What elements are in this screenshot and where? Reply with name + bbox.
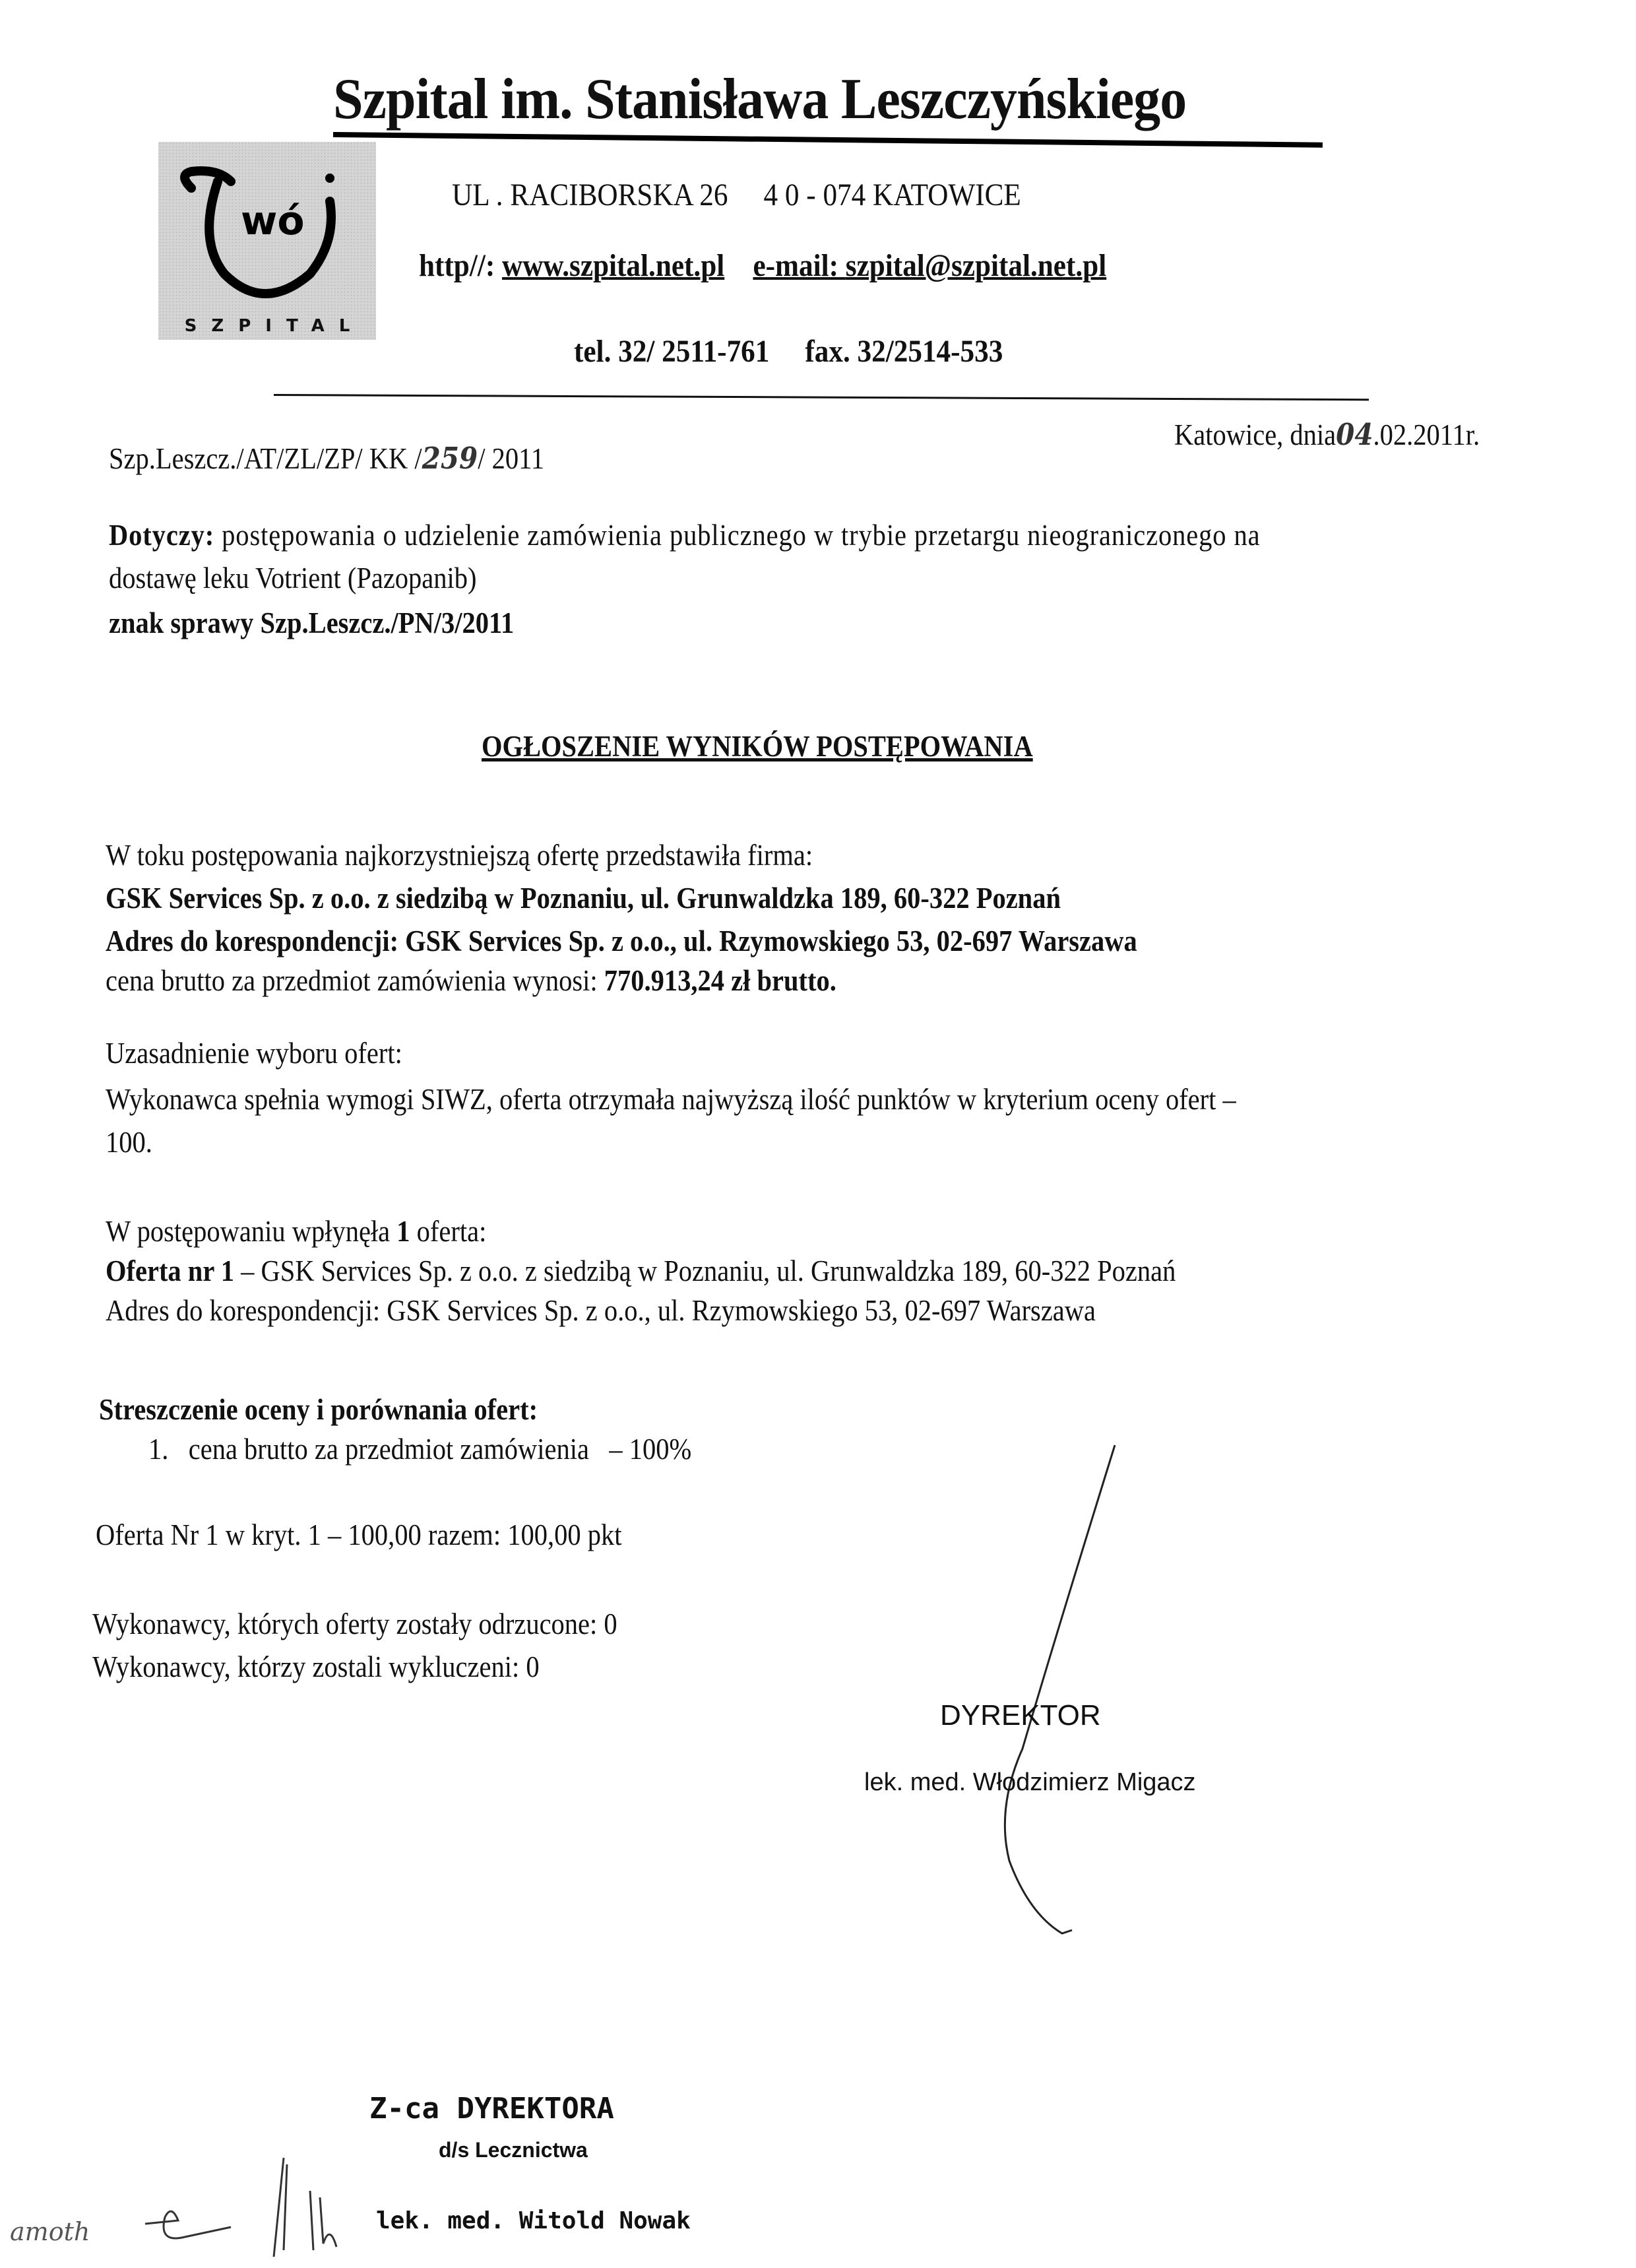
offers-intro-prefix: W postępowaniu wpłynęła (106, 1215, 390, 1248)
date-handwritten-day: 04 (1336, 417, 1373, 452)
hospital-name: Szpital im. Stanisława Leszczyńskiego (333, 66, 1186, 133)
deputy-name: lek. med. Witold Nowak (376, 2207, 691, 2234)
subject-text: postępowania o udzielenie zamówienia pub… (222, 519, 1260, 552)
deputy-department: d/s Lecznictwa (439, 2138, 588, 2162)
director-signature-icon (924, 1439, 1141, 1953)
case-number: znak sprawy Szp.Leszcz./PN/3/2011 (109, 606, 514, 640)
criterion-name: cena brutto za przedmiot zamówienia (189, 1433, 589, 1466)
offer-label: Oferta nr 1 (106, 1254, 234, 1287)
address-line: UL . RACIBORSKA 26 4 0 - 074 KATOWICE (452, 177, 1021, 213)
email-label: e-mail: (753, 248, 838, 283)
header-divider (274, 394, 1369, 401)
criterion-1: 1. cena brutto za przedmiot zamówienia –… (148, 1432, 691, 1466)
telephone: tel. 32/ 2511-761 (574, 334, 769, 369)
web-prefix: http//: (419, 248, 495, 283)
date-prefix: Katowice, dnia (1174, 418, 1336, 451)
criterion-number: 1. (148, 1433, 168, 1466)
postal-city: 4 0 - 074 KATOWICE (763, 178, 1021, 212)
svg-text:wó: wó (241, 198, 305, 244)
website-link[interactable]: www.szpital.net.pl (502, 248, 724, 283)
offers-intro-suffix: oferta: (417, 1215, 487, 1248)
subject-line-2: dostawę leku Votrient (Pazopanib) (109, 561, 477, 595)
title-underline (333, 132, 1323, 148)
justification-line-1: Wykonawca spełnia wymogi SIWZ, oferta ot… (106, 1082, 1236, 1117)
offers-count: 1 (396, 1215, 410, 1248)
contact-phones: tel. 32/ 2511-761 fax. 32/2514-533 (574, 333, 1003, 370)
offers-intro: W postępowaniu wpłynęła 1 oferta: (106, 1214, 486, 1248)
reference-number: Szp.Leszcz./AT/ZL/ZP/ KK /259/ 2011 (109, 441, 544, 476)
announcement-title: OGŁOSZENIE WYNIKÓW POSTĘPOWANIA (482, 729, 1033, 763)
contact-web-email: http//: www.szpital.net.pl e-mail: szpit… (419, 247, 1106, 284)
excluded-count: Wykonawcy, którzy zostali wykluczeni: 0 (92, 1650, 540, 1684)
evaluation-heading: Streszczenie oceny i porównania ofert: (99, 1392, 538, 1427)
deputy-title: Z-ca DYREKTORA (369, 2092, 614, 2125)
hospital-logo: wó SZPITAL (158, 142, 376, 340)
score-line: Oferta Nr 1 w kryt. 1 – 100,00 razem: 10… (96, 1518, 621, 1552)
director-title: DYREKTOR (940, 1699, 1101, 1732)
fax: fax. 32/2514-533 (805, 334, 1003, 369)
smile-logo-icon: wó (172, 162, 363, 313)
offer-1: Oferta nr 1 – GSK Services Sp. z o.o. z … (106, 1254, 1176, 1288)
logo-text: SZPITAL (158, 316, 376, 336)
email-link[interactable]: szpital@szpital.net.pl (846, 248, 1106, 283)
street-address: UL . RACIBORSKA 26 (452, 178, 728, 212)
handwritten-note: amoth (10, 2217, 90, 2246)
subject-line-1: Dotyczy: postępowania o udzielenie zamów… (109, 518, 1261, 552)
offer-text: – GSK Services Sp. z o.o. z siedzibą w P… (241, 1254, 1176, 1287)
deputy-signature-icon (59, 2145, 389, 2268)
justification-line-2: 100. (106, 1125, 152, 1159)
offer-1-correspondence: Adres do korespondencji: GSK Services Sp… (106, 1293, 1096, 1328)
winner-intro: W toku postępowania najkorzystniejszą of… (106, 838, 813, 872)
reference-prefix: Szp.Leszcz./AT/ZL/ZP/ KK / (109, 442, 422, 475)
price-value: 770.913,24 zł brutto. (604, 964, 836, 997)
subject-label: Dotyczy: (109, 519, 214, 552)
reference-suffix: / 2011 (478, 442, 544, 475)
director-name: lek. med. Włodzimierz Migacz (864, 1768, 1196, 1797)
document-date: Katowice, dnia04.02.2011r. (1174, 417, 1480, 452)
rejected-count: Wykonawcy, których oferty zostały odrzuc… (92, 1607, 617, 1641)
winner-correspondence: Adres do korespondencji: GSK Services Sp… (106, 924, 1137, 958)
criterion-weight: – 100% (609, 1433, 691, 1466)
winner-price: cena brutto za przedmiot zamówienia wyno… (106, 963, 836, 998)
price-label: cena brutto za przedmiot zamówienia wyno… (106, 964, 598, 997)
reference-handwritten-number: 259 (422, 441, 478, 476)
justification-label: Uzasadnienie wyboru ofert: (106, 1036, 402, 1070)
winner-company: GSK Services Sp. z o.o. z siedzibą w Poz… (106, 881, 1061, 915)
date-suffix: .02.2011r. (1373, 418, 1480, 451)
